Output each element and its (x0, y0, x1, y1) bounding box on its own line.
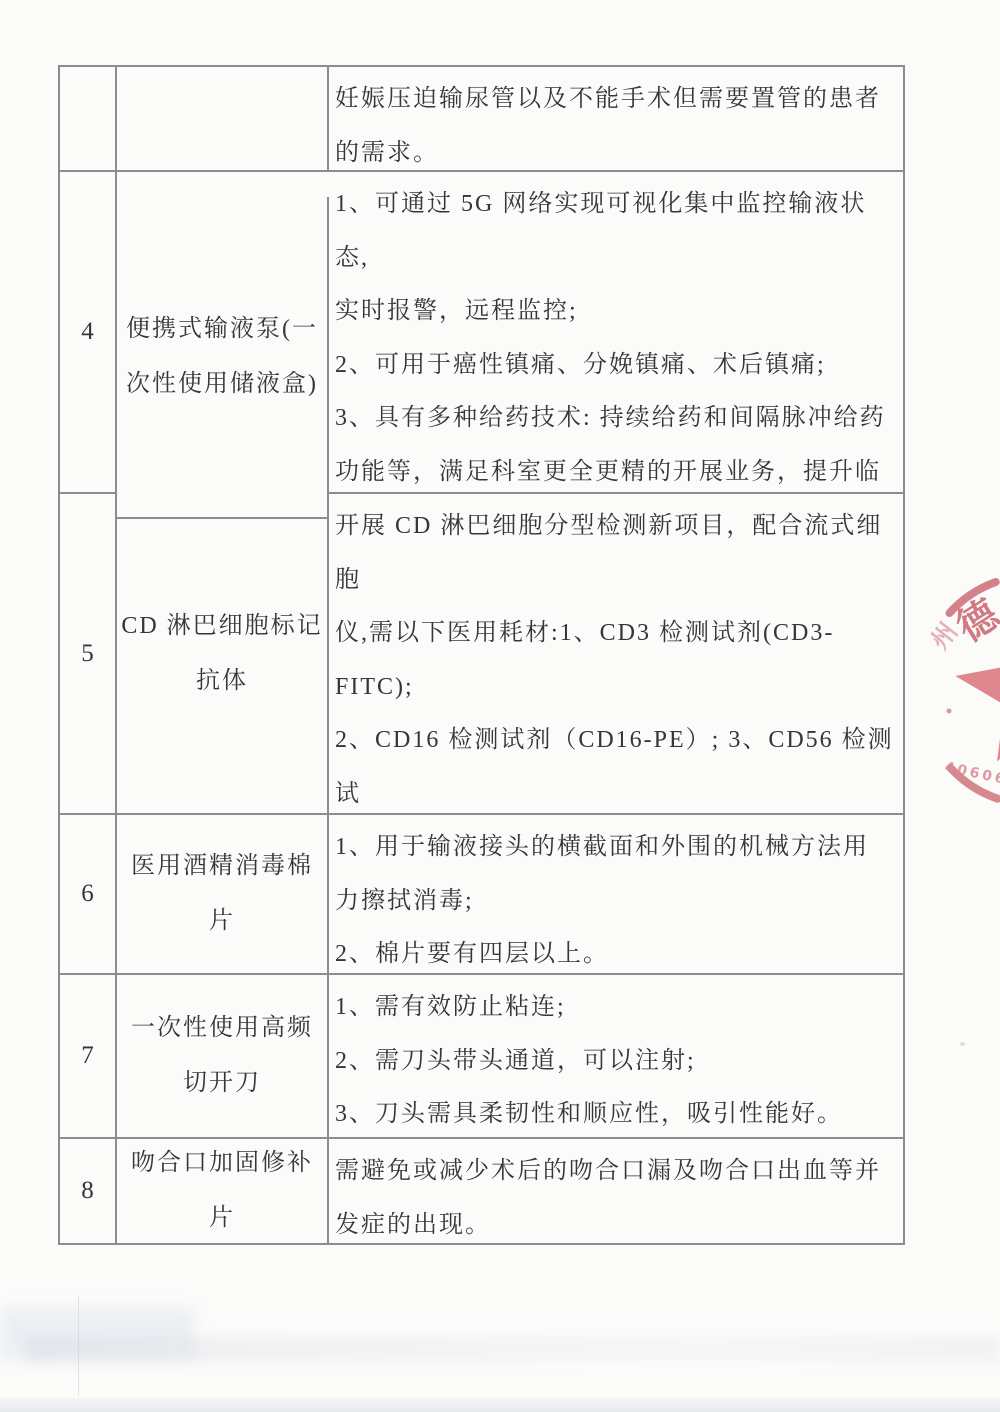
item-name-cell: 吻合口加固修补 片 (117, 1139, 329, 1245)
item-name-cell (117, 67, 329, 172)
seal-ink-dot (947, 709, 952, 714)
spec-table: 妊娠压迫输尿管以及不能手术但需要置管的患者 的需求。 4 便携式输液泵(一 次性… (58, 65, 905, 1245)
row-number-cell: 7 (60, 975, 117, 1139)
row-number-cell: 8 (60, 1139, 117, 1245)
red-seal-stamp: 德 州 40606 (910, 555, 1000, 875)
item-name-cell: 医用酒精消毒棉 片 (117, 815, 329, 975)
row-number-cell: 6 (60, 815, 117, 975)
item-name-cell: CD 淋巴细胞标记 抗体 (117, 494, 329, 815)
row-number-cell (60, 67, 117, 172)
ink-speck (960, 1042, 965, 1046)
scan-artifact-line (78, 1296, 79, 1396)
item-name-cell: 便携式输液泵(一 次性使用储液盒) (117, 197, 329, 519)
seal-character-partial: 州 (926, 618, 963, 654)
spec-text-cell: 需避免或减少术后的吻合口漏及吻合口出血等并 发症的出现。 (329, 1139, 905, 1245)
seal-ring-top-arc (950, 582, 996, 613)
row-number-cell: 4 (60, 172, 117, 494)
spec-text-cell: 妊娠压迫输尿管以及不能手术但需要置管的患者 的需求。 (329, 67, 905, 172)
seal-ring-bottom-arc (951, 768, 998, 798)
seal-character: 德 (949, 591, 1000, 651)
spec-text-cell: 开展 CD 淋巴细胞分型检测新项目，配合流式细胞 仪,需以下医用耗材:1、CD3… (329, 494, 905, 815)
page-bottom-edge-shadow (0, 1398, 1000, 1412)
row-number-cell: 5 (60, 494, 117, 815)
scanned-document-page: 妊娠压迫输尿管以及不能手术但需要置管的患者 的需求。 4 便携式输液泵(一 次性… (0, 0, 1000, 1412)
spec-text-cell: 1、可通过 5G 网络实现可视化集中监控输液状态, 实时报警，远程监控; 2、可… (329, 172, 905, 494)
seal-star-icon (947, 599, 1000, 766)
seal-digits: 40606 (943, 759, 1000, 788)
spec-text-cell: 1、用于输液接头的横截面和外围的机械方法用 力擦拭消毒; 2、棉片要有四层以上。 (329, 815, 905, 975)
page-bleedthrough-band (25, 1336, 1000, 1362)
item-name-cell: 一次性使用高频 切开刀 (117, 975, 329, 1139)
spec-text-cell: 1、需有效防止粘连; 2、需刀头带头通道，可以注射; 3、刀头需具柔韧性和顺应性… (329, 975, 905, 1139)
